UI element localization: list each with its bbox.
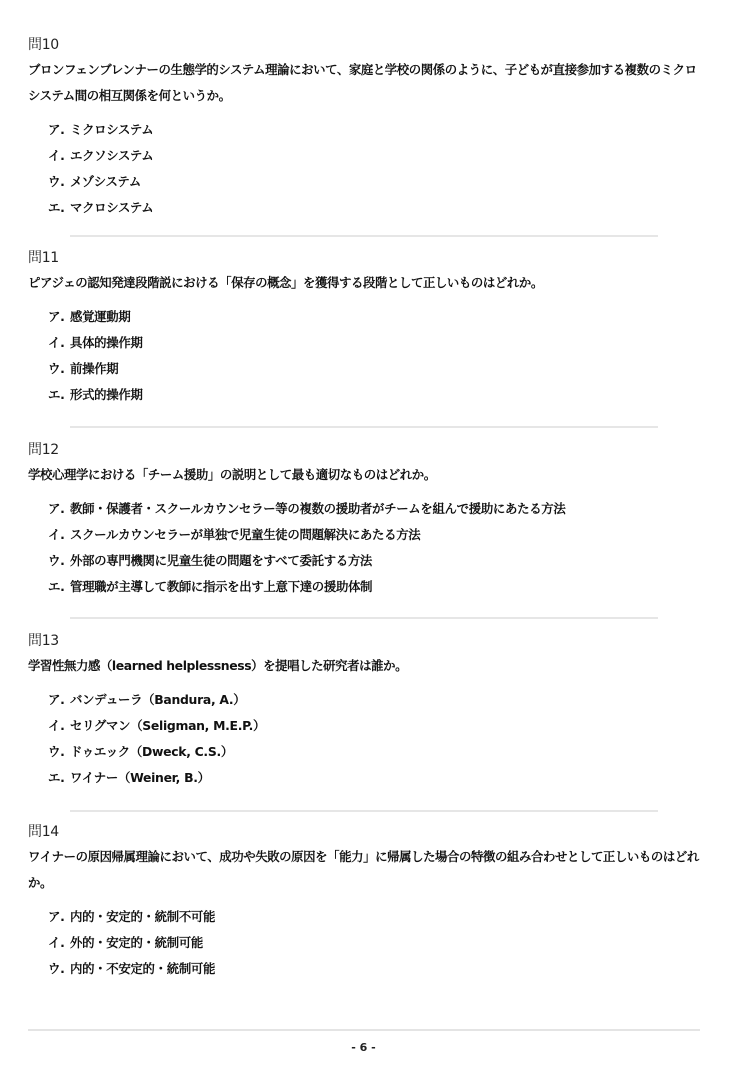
option-a: ア.内的・安定的・統制不可能 [48, 904, 708, 930]
option-a: ア.バンデューラ（Bandura, A.） [48, 687, 708, 713]
separator [70, 617, 658, 619]
question-14: 問14 ワイナーの原因帰属理論において、成功や失敗の原因を「能力」に帰属した場合… [28, 822, 708, 982]
option-i: イ.エクソシステム [48, 143, 708, 169]
options-list: ア.バンデューラ（Bandura, A.） イ.セリグマン（Seligman, … [28, 687, 708, 791]
option-i: イ.外的・安定的・統制可能 [48, 930, 708, 956]
options-list: ア.教師・保護者・スクールカウンセラー等の複数の援助者がチームを組んで援助にあた… [28, 496, 708, 600]
options-list: ア.内的・安定的・統制不可能 イ.外的・安定的・統制可能 ウ.内的・不安定的・統… [28, 904, 708, 982]
option-i: イ.スクールカウンセラーが単独で児童生徒の問題解決にあたる方法 [48, 522, 708, 548]
separator [70, 810, 658, 812]
question-number: 問12 [28, 440, 708, 460]
option-e: エ.マクロシステム [48, 195, 708, 221]
separator [70, 235, 658, 237]
separator [70, 426, 658, 428]
question-10: 問10 ブロンフェンブレンナーの生態学的システム理論において、家庭と学校の関係の… [28, 35, 708, 221]
exam-page: 問10 ブロンフェンブレンナーの生態学的システム理論において、家庭と学校の関係の… [0, 0, 754, 1080]
options-list: ア.ミクロシステム イ.エクソシステム ウ.メゾシステム エ.マクロシステム [28, 117, 708, 221]
page-number: - 6 - [0, 1041, 727, 1054]
option-i: イ.具体的操作期 [48, 330, 708, 356]
option-e: エ.ワイナー（Weiner, B.） [48, 765, 708, 791]
footer-divider [28, 1029, 700, 1031]
option-e: エ.形式的操作期 [48, 382, 708, 408]
option-i: イ.セリグマン（Seligman, M.E.P.） [48, 713, 708, 739]
question-12: 問12 学校心理学における「チーム援助」の説明として最も適切なものはどれか。 ア… [28, 440, 708, 600]
question-text: ワイナーの原因帰属理論において、成功や失敗の原因を「能力」に帰属した場合の特徴の… [28, 844, 708, 896]
option-u: ウ.前操作期 [48, 356, 708, 382]
option-a: ア.教師・保護者・スクールカウンセラー等の複数の援助者がチームを組んで援助にあた… [48, 496, 708, 522]
option-a: ア.ミクロシステム [48, 117, 708, 143]
question-number: 問13 [28, 631, 708, 651]
question-13: 問13 学習性無力感（learned helplessness）を提唱した研究者… [28, 631, 708, 791]
question-text: 学習性無力感（learned helplessness）を提唱した研究者は誰か。 [28, 653, 708, 679]
option-a: ア.感覚運動期 [48, 304, 708, 330]
option-u: ウ.外部の専門機関に児童生徒の問題をすべて委託する方法 [48, 548, 708, 574]
option-u: ウ.ドゥエック（Dweck, C.S.） [48, 739, 708, 765]
question-text: ピアジェの認知発達段階説における「保存の概念」を獲得する段階として正しいものはど… [28, 270, 708, 296]
question-text: ブロンフェンブレンナーの生態学的システム理論において、家庭と学校の関係のように、… [28, 57, 708, 109]
option-e: エ.管理職が主導して教師に指示を出す上意下達の援助体制 [48, 574, 708, 600]
question-number: 問10 [28, 35, 708, 55]
question-11: 問11 ピアジェの認知発達段階説における「保存の概念」を獲得する段階として正しい… [28, 248, 708, 408]
question-text: 学校心理学における「チーム援助」の説明として最も適切なものはどれか。 [28, 462, 708, 488]
options-list: ア.感覚運動期 イ.具体的操作期 ウ.前操作期 エ.形式的操作期 [28, 304, 708, 408]
question-number: 問11 [28, 248, 708, 268]
option-u: ウ.内的・不安定的・統制可能 [48, 956, 708, 982]
option-u: ウ.メゾシステム [48, 169, 708, 195]
question-number: 問14 [28, 822, 708, 842]
